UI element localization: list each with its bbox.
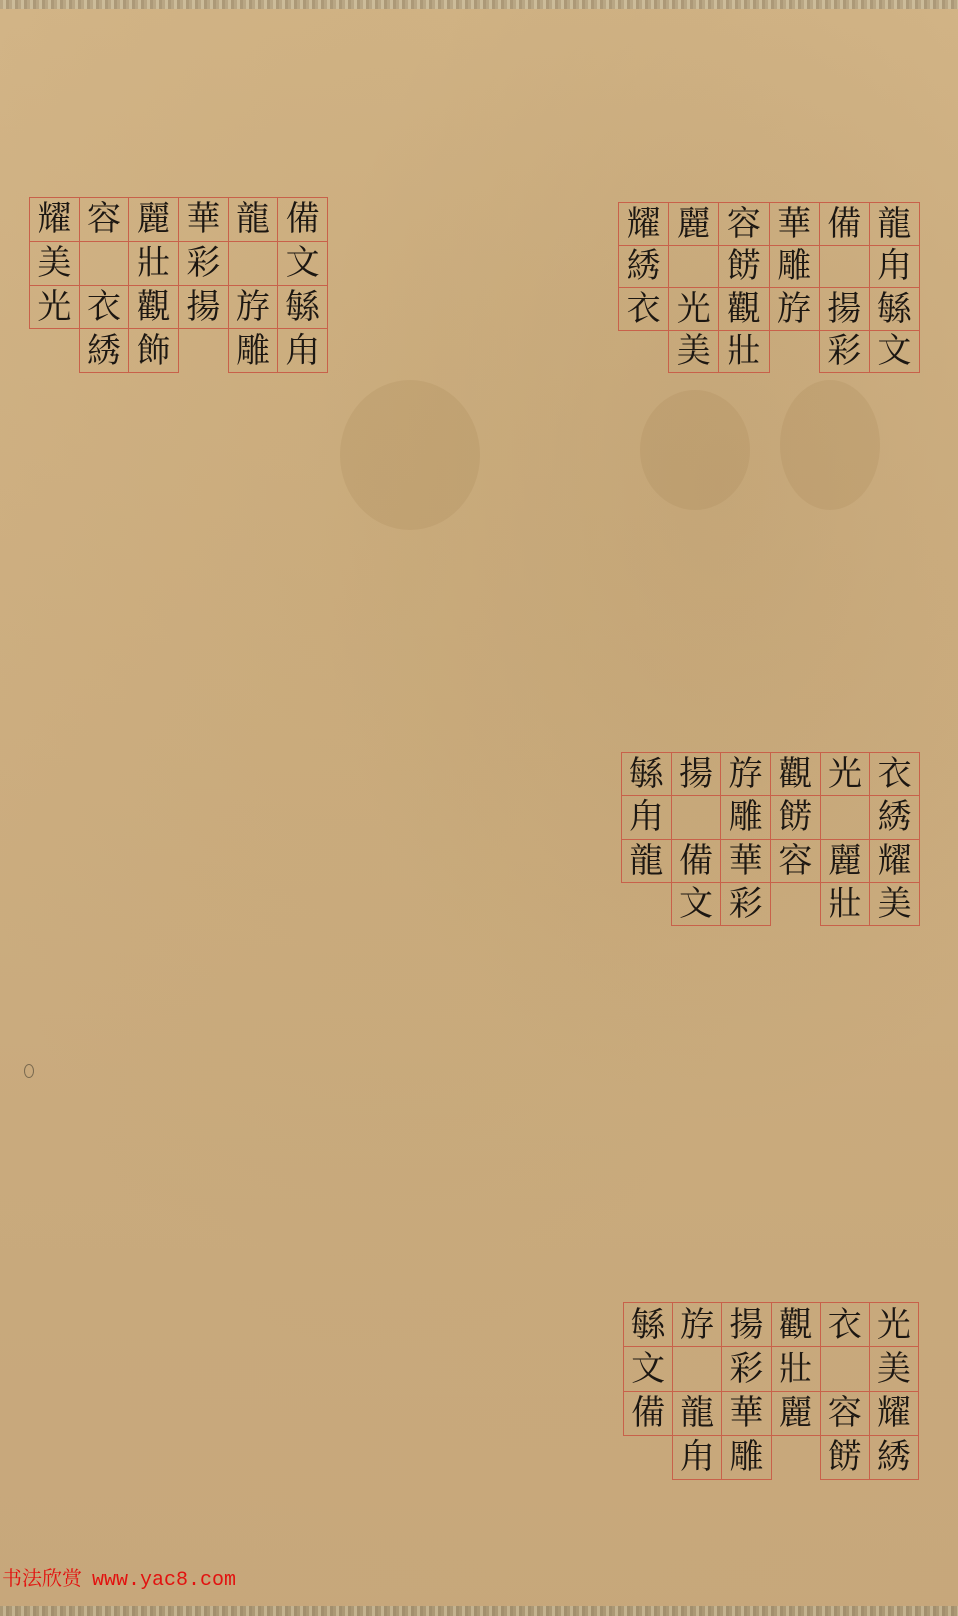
grid-cell-absent <box>769 330 820 374</box>
grid-cell-empty <box>668 245 719 289</box>
grid-cell-character: 壯 <box>820 882 871 926</box>
grid-cell-character: 耀 <box>869 839 920 883</box>
character-grid-block-4: 緐斿揚觀衣光文彩壯美備龍華麗容耀甪雕餝綉 <box>623 1302 918 1479</box>
watermark-url: www.yac8.com <box>92 1569 236 1592</box>
grid-cell-character: 麗 <box>668 202 719 246</box>
grid-cell-character: 美 <box>869 882 920 926</box>
grid-cell-character: 緐 <box>277 285 328 330</box>
grid-cell-character: 雕 <box>720 795 771 839</box>
character-grid-block-3: 緐揚斿觀光衣甪雕餝綉龍備華容麗耀文彩壯美 <box>621 752 919 925</box>
character-grid-block-1: 耀容麗華龍備美壯彩文光衣觀揚斿緐綉飾雕甪 <box>29 197 327 372</box>
grid-cell-character: 斿 <box>228 285 279 330</box>
watermark-site-name: 书法欣赏 <box>2 1566 82 1590</box>
watermark: 书法欣赏www.yac8.com <box>2 1562 236 1592</box>
grid-cell-character: 華 <box>720 839 771 883</box>
grid-cell-character: 綉 <box>618 245 669 289</box>
character-grid-block-2: 耀麗容華備龍綉餝雕甪衣光觀斿揚緐美壯彩文 <box>618 202 919 372</box>
grid-cell-character: 耀 <box>29 197 80 242</box>
grid-cell-character: 觀 <box>128 285 179 330</box>
grid-cell-character: 甪 <box>277 328 328 373</box>
grid-cell-character: 雕 <box>769 245 820 289</box>
grid-cell-character: 彩 <box>178 241 229 286</box>
grid-cell-character: 華 <box>769 202 820 246</box>
grid-cell-character: 緐 <box>621 752 672 796</box>
grid-cell-character: 耀 <box>869 1391 919 1436</box>
grid-cell-character: 觀 <box>771 1302 821 1347</box>
grid-cell-character: 甪 <box>869 245 920 289</box>
grid-cell-character: 揚 <box>671 752 722 796</box>
grid-cell-character: 彩 <box>819 330 870 374</box>
grid-cell-character: 餝 <box>718 245 769 289</box>
paper-stain <box>340 380 480 530</box>
grid-cell-character: 文 <box>623 1346 673 1391</box>
grid-cell-character: 麗 <box>128 197 179 242</box>
paper-stain <box>640 390 750 510</box>
silk-mount-top-border <box>0 0 958 9</box>
grid-cell-character: 衣 <box>820 1302 870 1347</box>
grid-cell-character: 彩 <box>720 882 771 926</box>
grid-cell-character: 壯 <box>771 1346 821 1391</box>
grid-cell-character: 餝 <box>770 795 821 839</box>
grid-cell-character: 龍 <box>672 1391 722 1436</box>
grid-cell-empty <box>228 241 279 286</box>
grid-cell-character: 綉 <box>79 328 130 373</box>
grid-cell-absent <box>623 1435 673 1480</box>
grid-cell-character: 備 <box>277 197 328 242</box>
grid-cell-absent <box>29 328 80 373</box>
grid-cell-character: 備 <box>671 839 722 883</box>
grid-cell-character: 彩 <box>721 1346 771 1391</box>
grid-cell-character: 美 <box>29 241 80 286</box>
silk-mount-bottom-border <box>0 1606 958 1616</box>
grid-cell-empty <box>820 1346 870 1391</box>
grid-cell-character: 壯 <box>128 241 179 286</box>
grid-cell-absent <box>770 882 821 926</box>
grid-cell-character: 觀 <box>718 287 769 331</box>
grid-cell-character: 龍 <box>228 197 279 242</box>
grid-cell-character: 文 <box>869 330 920 374</box>
grid-cell-character: 容 <box>718 202 769 246</box>
grid-cell-character: 雕 <box>228 328 279 373</box>
grid-cell-empty <box>819 245 870 289</box>
grid-cell-character: 美 <box>668 330 719 374</box>
grid-cell-character: 綉 <box>869 1435 919 1480</box>
paper-stain <box>780 380 880 510</box>
grid-cell-character: 文 <box>671 882 722 926</box>
grid-cell-empty <box>672 1346 722 1391</box>
grid-cell-empty <box>79 241 130 286</box>
grid-cell-absent <box>618 330 669 374</box>
grid-cell-character: 龍 <box>869 202 920 246</box>
grid-cell-character: 備 <box>819 202 870 246</box>
grid-cell-character: 光 <box>869 1302 919 1347</box>
grid-cell-character: 揚 <box>721 1302 771 1347</box>
grid-cell-character: 美 <box>869 1346 919 1391</box>
grid-cell-character: 容 <box>770 839 821 883</box>
grid-cell-character: 衣 <box>869 752 920 796</box>
grid-cell-character: 容 <box>79 197 130 242</box>
grid-cell-character: 備 <box>623 1391 673 1436</box>
grid-cell-character: 華 <box>178 197 229 242</box>
grid-cell-absent <box>621 882 672 926</box>
grid-cell-character: 光 <box>29 285 80 330</box>
grid-cell-character: 飾 <box>128 328 179 373</box>
paper-hole <box>24 1064 34 1078</box>
grid-cell-character: 斿 <box>720 752 771 796</box>
grid-cell-absent <box>178 328 229 373</box>
grid-cell-character: 揚 <box>819 287 870 331</box>
grid-cell-character: 甪 <box>672 1435 722 1480</box>
grid-cell-character: 壯 <box>718 330 769 374</box>
grid-cell-character: 文 <box>277 241 328 286</box>
grid-cell-empty <box>671 795 722 839</box>
grid-cell-character: 華 <box>721 1391 771 1436</box>
grid-cell-character: 雕 <box>721 1435 771 1480</box>
grid-cell-character: 觀 <box>770 752 821 796</box>
grid-cell-character: 綉 <box>869 795 920 839</box>
grid-cell-character: 斿 <box>672 1302 722 1347</box>
grid-cell-character: 甪 <box>621 795 672 839</box>
grid-cell-character: 光 <box>668 287 719 331</box>
grid-cell-character: 容 <box>820 1391 870 1436</box>
grid-cell-character: 緐 <box>623 1302 673 1347</box>
grid-cell-character: 耀 <box>618 202 669 246</box>
grid-cell-character: 揚 <box>178 285 229 330</box>
grid-cell-character: 斿 <box>769 287 820 331</box>
grid-cell-character: 緐 <box>869 287 920 331</box>
grid-cell-character: 麗 <box>820 839 871 883</box>
grid-cell-character: 衣 <box>79 285 130 330</box>
grid-cell-character: 衣 <box>618 287 669 331</box>
grid-cell-character: 龍 <box>621 839 672 883</box>
grid-cell-character: 餝 <box>820 1435 870 1480</box>
grid-cell-character: 麗 <box>771 1391 821 1436</box>
grid-cell-empty <box>820 795 871 839</box>
grid-cell-absent <box>771 1435 821 1480</box>
grid-cell-character: 光 <box>820 752 871 796</box>
